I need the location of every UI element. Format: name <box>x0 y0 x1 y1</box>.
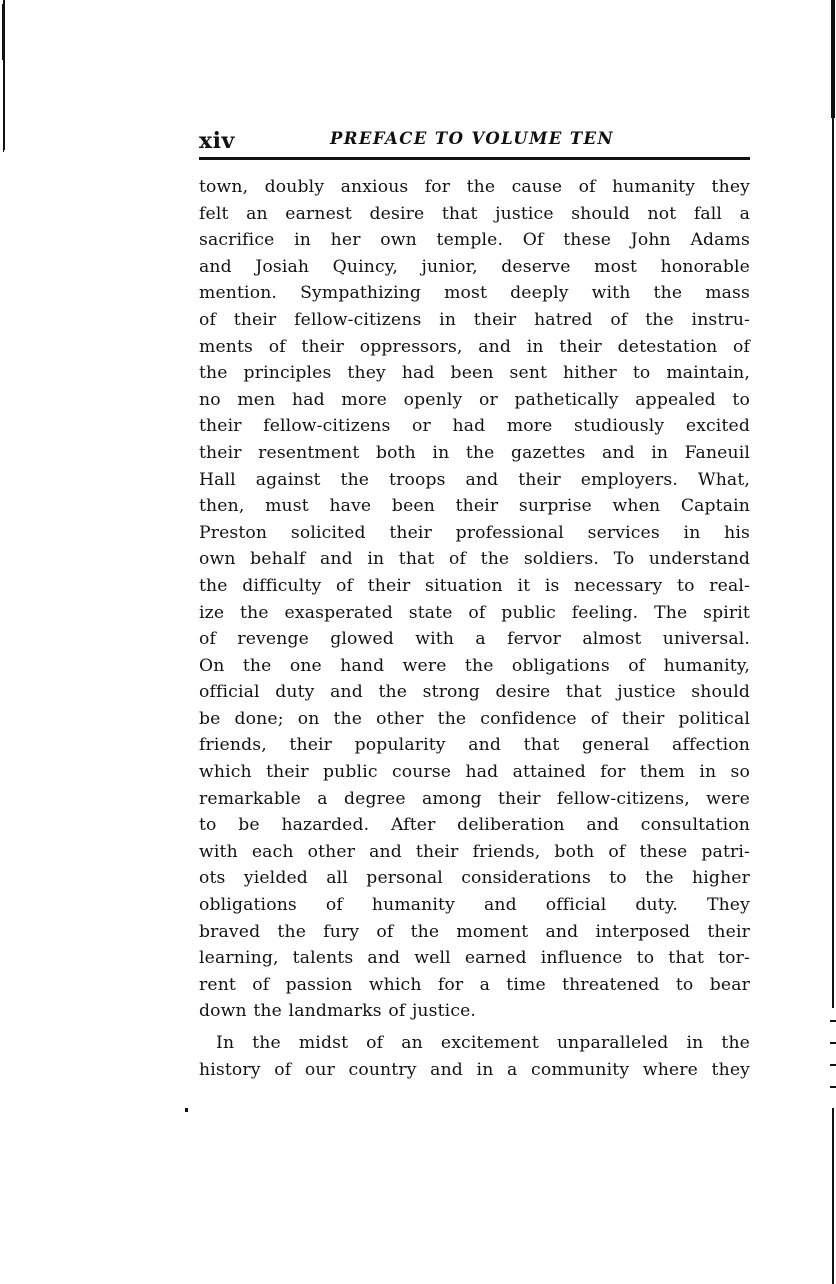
text-line: then, must have been their surprise when… <box>199 493 750 520</box>
text-line: the difficulty of their situation it is … <box>199 573 750 600</box>
scan-edge-right-gap <box>830 1008 836 1108</box>
scan-stray-mark <box>185 1108 188 1112</box>
scan-edge-left-tick <box>3 140 4 152</box>
paragraph-1: town, doubly anxious for the cause of hu… <box>199 174 750 1025</box>
text-line: and Josiah Quincy, junior, deserve most … <box>199 254 750 281</box>
book-page: xiv PREFACE TO VOLUME TEN town, doubly a… <box>199 124 750 158</box>
text-line: no men had more openly or pathetically a… <box>199 387 750 414</box>
text-line: be done; on the other the confidence of … <box>199 706 750 733</box>
text-line-paragraph-end: down the landmarks of justice. <box>199 998 750 1025</box>
text-line: On the one hand were the obligations of … <box>199 653 750 680</box>
text-line: sacrifice in her own temple. Of these Jo… <box>199 227 750 254</box>
text-line: of their fellow-citizens in their hatred… <box>199 307 750 334</box>
text-line: obligations of humanity and official dut… <box>199 892 750 919</box>
text-line: ots yielded all personal considerations … <box>199 865 750 892</box>
text-line: mention. Sympathizing most deeply with t… <box>199 280 750 307</box>
text-line: the principles they had been sent hither… <box>199 360 750 387</box>
text-line: friends, their popularity and that gener… <box>199 732 750 759</box>
header-rule <box>199 157 750 160</box>
text-line: town, doubly anxious for the cause of hu… <box>199 174 750 201</box>
text-line: own behalf and in that of the soldiers. … <box>199 546 750 573</box>
text-line: Preston solicited their professional ser… <box>199 520 750 547</box>
scan-edge-left <box>3 0 5 150</box>
running-head-title: PREFACE TO VOLUME TEN <box>330 129 614 148</box>
page-number: xiv <box>199 128 235 154</box>
text-line: to be hazarded. After deliberation and c… <box>199 812 750 839</box>
text-line: history of our country and in a communit… <box>199 1057 750 1084</box>
text-line: Hall against the troops and their employ… <box>199 467 750 494</box>
running-head: xiv PREFACE TO VOLUME TEN <box>199 124 750 158</box>
text-line: their resentment both in the gazettes an… <box>199 440 750 467</box>
text-line-indented: In the midst of an excitement unparallel… <box>199 1030 750 1057</box>
text-line: ize the exasperated state of public feel… <box>199 600 750 627</box>
text-line: of revenge glowed with a fervor almost u… <box>199 626 750 653</box>
text-line: official duty and the strong desire that… <box>199 679 750 706</box>
text-line: rent of passion which for a time threate… <box>199 972 750 999</box>
paragraph-2: In the midst of an excitement unparallel… <box>199 1030 750 1083</box>
text-line: learning, talents and well earned influe… <box>199 945 750 972</box>
body-text: town, doubly anxious for the cause of hu… <box>199 174 750 1083</box>
text-line: ments of their oppressors, and in their … <box>199 334 750 361</box>
text-line: braved the fury of the moment and interp… <box>199 919 750 946</box>
text-line: which their public course had attained f… <box>199 759 750 786</box>
text-line: their fellow-citizens or had more studio… <box>199 413 750 440</box>
text-line: with each other and their friends, both … <box>199 839 750 866</box>
text-line: felt an earnest desire that justice shou… <box>199 201 750 228</box>
text-line: remarkable a degree among their fellow-c… <box>199 786 750 813</box>
